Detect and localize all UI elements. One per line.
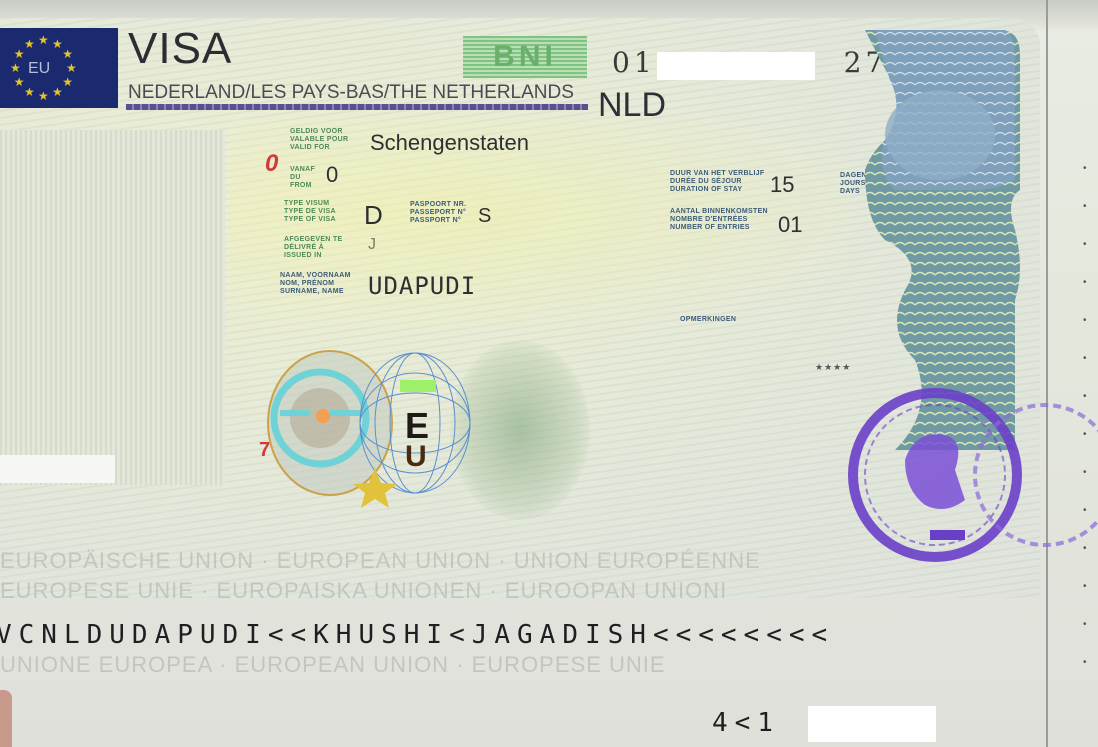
visa-title: VISA	[128, 24, 232, 74]
eu-emblem-text: EU	[28, 60, 50, 78]
finger-edge	[0, 690, 12, 747]
photo-area-glare	[0, 455, 115, 483]
handwritten-mark: 0	[265, 150, 278, 178]
hologram-icon: E U 7	[255, 338, 480, 508]
duration-of-stay-value: 15	[770, 172, 794, 198]
remarks-label: OPMERKINGEN	[680, 316, 736, 324]
name-value: UDAPUDI	[368, 272, 476, 300]
bni-security-mark: BNI	[463, 36, 587, 78]
watermark-line: EUROPÄISCHE UNION · EUROPEAN UNION · UNI…	[0, 548, 761, 574]
mrz-line-1: VCNLDUDAPUDI<<KHUSHI<JAGADISH<<<<<<<<	[0, 620, 834, 650]
duration-of-stay-label: DUUR VAN HET VERBLIJFDURÉE DU SÉJOURDURA…	[670, 170, 764, 194]
svg-text:U: U	[405, 440, 427, 473]
valid-for-value: Schengenstaten	[370, 130, 529, 156]
country-code: NLD	[598, 86, 666, 125]
eu-flag-emblem: EU ★★★★★★★★★★★★	[0, 28, 118, 108]
number-of-entries-value: 01	[778, 212, 802, 238]
issued-in-label: AFGEGEVEN TEDÉLIVRÉ ÀISSUED IN	[284, 236, 342, 260]
type-of-visa-label: TYPE VISUMTYPE DE VISATYPE OF VISA	[284, 200, 336, 224]
photo-area-pattern	[0, 130, 225, 485]
passport-no-label: PASPOORT NR.PASSEPORT N°PASSPORT N°	[410, 201, 466, 225]
number-of-entries-label: AANTAL BINNENKOMSTENNOMBRE D'ENTRÉESNUMB…	[670, 208, 768, 232]
name-label: NAAM, VOORNAAMNOM, PRÉNOMSURNAME, NAME	[280, 272, 351, 296]
redaction-mrz	[808, 706, 936, 742]
from-value: 0	[326, 162, 338, 188]
type-of-visa-value: D	[364, 200, 383, 231]
valid-for-label: GELDIG VOORVALABLE POURVALID FOR	[290, 128, 348, 152]
issuing-country: NEDERLAND/LES PAYS-BAS/THE NETHERLANDS	[128, 82, 574, 104]
svg-text:7: 7	[259, 439, 270, 461]
watermark-line: UNIONE EUROPEA · EUROPEAN UNION · EUROPE…	[0, 652, 666, 678]
from-label: VANAFDUFROM	[290, 166, 315, 190]
redaction-visa-number	[657, 52, 815, 80]
passport-page: EU ★★★★★★★★★★★★ VISA NEDERLAND/LES PAYS-…	[0, 0, 1098, 747]
entry-stamp	[845, 340, 1098, 610]
watermark-line: EUROPESE UNIE · EUROPAISKA UNIONEN · EUR…	[0, 578, 727, 604]
visa-number-prefix: 01	[612, 46, 656, 79]
passport-no-value: S	[478, 205, 491, 228]
microprint-band	[126, 104, 588, 110]
issued-in-value: J	[368, 236, 376, 254]
